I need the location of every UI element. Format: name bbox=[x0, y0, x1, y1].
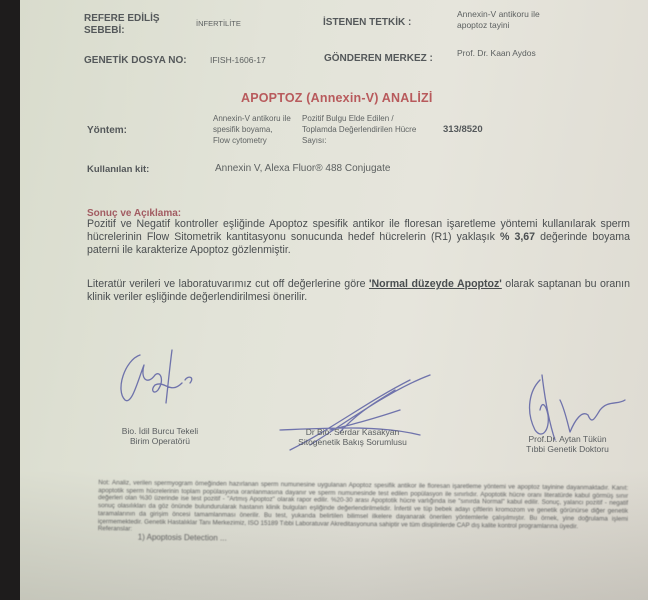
sending-center-value: Prof. Dr. Kaan Aydos bbox=[457, 48, 536, 58]
cell-count-label: Pozitif Bulgu Elde Edilen / Toplamda Değ… bbox=[302, 113, 424, 146]
conclusion-paragraph: Literatür verileri ve laboratuvarımız cu… bbox=[87, 278, 630, 304]
signature-block-2: Dr Bio. Serdar Kasakyan Sitogenetik Bakı… bbox=[285, 427, 420, 447]
genetic-file-value: IFISH-1606-17 bbox=[210, 55, 266, 65]
signatory-2-role: Sitogenetik Bakış Sorumlusu bbox=[285, 437, 420, 447]
sending-center-label: GÖNDEREN MERKEZ : bbox=[324, 53, 433, 64]
method-label: Yöntem: bbox=[87, 125, 127, 136]
kit-label: Kullanılan kit: bbox=[87, 164, 149, 175]
signatory-1-name: Bio. İdil Burcu Tekeli bbox=[90, 426, 230, 436]
method-value: Annexin-V antikoru ile spesifik boyama, … bbox=[213, 113, 291, 146]
apoptosis-percentage: % 3,67 bbox=[500, 231, 535, 243]
footnote: Not: Analiz, verilen spermyogram örneğin… bbox=[98, 479, 629, 546]
report-page: REFERE EDİLİŞ SEBEBİ: İNFERTİLİTE İSTENE… bbox=[20, 0, 648, 600]
signature-block-3: Prof.Dr. Aytan Tükün Tıbbi Genetik Dokto… bbox=[505, 434, 630, 454]
footnote-text: Not: Analiz, verilen spermyogram örneğin… bbox=[98, 479, 628, 531]
report-title: APOPTOZ (Annexin-V) ANALİZİ bbox=[241, 91, 433, 105]
signature-block-1: Bio. İdil Burcu Tekeli Birim Operatörü bbox=[90, 426, 230, 446]
requested-test-label: İSTENEN TETKİK : bbox=[323, 17, 411, 28]
signatory-1-role: Birim Operatörü bbox=[90, 436, 230, 446]
referral-reason-label: REFERE EDİLİŞ SEBEBİ: bbox=[84, 13, 164, 37]
signatory-3-name: Prof.Dr. Aytan Tükün bbox=[505, 434, 630, 444]
signature-1-icon bbox=[110, 345, 230, 425]
signatory-3-role: Tıbbi Genetik Doktoru bbox=[505, 444, 630, 454]
signatory-2-name: Dr Bio. Serdar Kasakyan bbox=[285, 427, 420, 437]
kit-value: Annexin V, Alexa Fluor® 488 Conjugate bbox=[215, 163, 390, 174]
conclusion-highlight: 'Normal düzeyde Apoptoz' bbox=[369, 278, 502, 290]
genetic-file-label: GENETİK DOSYA NO: bbox=[84, 55, 187, 66]
cell-count-value: 313/8520 bbox=[443, 124, 483, 135]
requested-test-value: Annexin-V antikoru ile apoptoz tayini bbox=[457, 9, 557, 31]
referral-reason-value: İNFERTİLİTE bbox=[196, 19, 241, 28]
result-paragraph: Pozitif ve Negatif kontroller eşliğinde … bbox=[87, 218, 630, 257]
conclusion-text-pre: Literatür verileri ve laboratuvarımız cu… bbox=[87, 278, 369, 290]
